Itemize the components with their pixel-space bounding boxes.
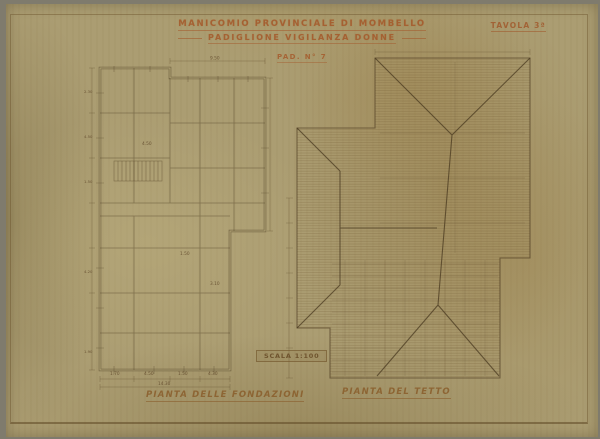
plate-label: TAVOLA 3ª	[491, 21, 546, 32]
caption-roof-plan: PIANTA DEL TETTO	[342, 387, 451, 399]
dimension-label: 9.50	[210, 56, 220, 62]
dimension-label: 1.50	[180, 251, 190, 257]
roof-outline	[297, 58, 530, 378]
dimension-label: 1.90	[84, 349, 93, 354]
interior-partitions	[100, 68, 265, 370]
dimension-label: 4.50	[84, 134, 93, 139]
dimension-label: 3.10	[210, 281, 220, 287]
flourish-line	[178, 38, 202, 39]
staircase	[114, 161, 162, 181]
paper-sheet: MANICOMIO PROVINCIALE DI MOMBELLO PADIGL…	[6, 4, 598, 437]
dimension-label: 1.50	[178, 371, 188, 377]
window-ticks	[96, 66, 269, 374]
dimension-label: 1.70	[110, 371, 120, 377]
scanned-drawing: MANICOMIO PROVINCIALE DI MOMBELLO PADIGL…	[0, 0, 600, 439]
dimension-labels: 1.70 4.50 1.50 4.30 14.30 2.30 4.50 1.50…	[84, 56, 220, 388]
dimension-label: 1.50	[84, 179, 93, 184]
dimension-label-total: 14.30	[158, 381, 171, 387]
dimension-label: 4.20	[84, 269, 93, 274]
dimension-lines	[89, 58, 273, 390]
floor-plan-drawing: 1.70 4.50 1.50 4.30 14.30 2.30 4.50 1.50…	[84, 53, 284, 393]
dimension-label: 2.30	[84, 89, 93, 94]
sheet-title: MANICOMIO PROVINCIALE DI MOMBELLO	[178, 19, 426, 31]
dimension-label: 4.50	[142, 141, 152, 147]
flourish-line	[402, 38, 426, 39]
scale-label: SCALA 1:100	[256, 350, 327, 362]
caption-floor-plan: PIANTA DELLE FONDAZIONI	[146, 390, 304, 402]
roof-plan-drawing	[285, 48, 547, 393]
dimension-label: 4.30	[208, 371, 218, 377]
dimension-label: 4.50	[144, 371, 154, 377]
sheet-subtitle: PADIGLIONE VIGILANZA DONNE	[208, 33, 396, 44]
